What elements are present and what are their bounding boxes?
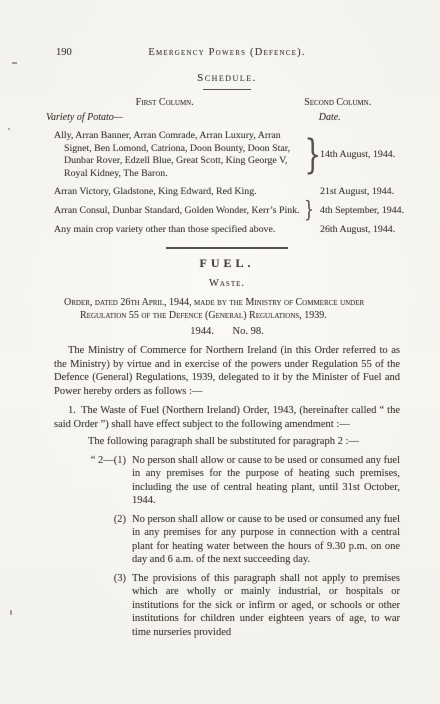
varieties-text: Arran Consul, Dunbar Standard, Golden Wo…	[54, 205, 302, 218]
preamble-paragraph: The Ministry of Commerce for Northern Ir…	[54, 344, 400, 398]
waste-subtitle: Waste.	[54, 277, 400, 291]
date-subheader: Date.	[267, 111, 392, 125]
varieties-text: Arran Victory, Gladstone, King Edward, R…	[54, 186, 302, 199]
table-row: Arran Victory, Gladstone, King Edward, R…	[54, 186, 400, 199]
article-1-paragraph: 1. The Waste of Fuel (Northern Ireland) …	[54, 404, 400, 431]
table-row: Arran Consul, Dunbar Standard, Golden Wo…	[54, 205, 400, 218]
table-subheaders: Variety of Potato— Date.	[54, 111, 400, 125]
section-rule	[166, 247, 288, 249]
schedule-table: Ally, Arran Banner, Arran Comrade, Arran…	[54, 130, 400, 236]
second-column-header: Second Column.	[275, 96, 400, 110]
running-head: Emergency Powers (Defence).	[54, 46, 400, 60]
varieties-text: Ally, Arran Banner, Arran Comrade, Arran…	[54, 130, 302, 180]
clause-text: No person shall allow or cause to be use…	[132, 454, 400, 508]
table-row: Ally, Arran Banner, Arran Comrade, Arran…	[54, 130, 400, 180]
order-caption: Order, dated 26th April, 1944, made by t…	[80, 296, 396, 322]
schedule-heading: Schedule.	[54, 72, 400, 86]
clause-item: (2) No person shall allow or cause to be…	[82, 513, 400, 567]
clause-label: (2)	[82, 513, 126, 567]
clause-label: “ 2—(1)	[82, 454, 126, 508]
heading-rule	[203, 89, 251, 91]
table-column-headers: First Column. Second Column.	[54, 96, 400, 110]
scan-artifact	[8, 128, 10, 130]
scan-artifact	[12, 62, 17, 64]
variety-subheader: Variety of Potato—	[46, 111, 267, 125]
order-year: 1944.	[190, 326, 214, 337]
clause-label: (3)	[82, 572, 126, 640]
page-number: 190	[56, 46, 72, 60]
table-row: Any main crop variety other than those s…	[54, 224, 400, 237]
date-text: 21st August, 1944.	[320, 186, 394, 199]
page-header: 190 Emergency Powers (Defence).	[54, 46, 400, 59]
order-number-line: 1944. No. 98.	[54, 325, 400, 339]
clause-text: The provisions of this paragraph shall n…	[132, 572, 400, 640]
clause-item: (3) The provisions of this paragraph sha…	[82, 572, 400, 640]
varieties-text: Any main crop variety other than those s…	[54, 224, 302, 237]
clause-text: No person shall allow or cause to be use…	[132, 513, 400, 567]
scanned-document-page: 190 Emergency Powers (Defence). Schedule…	[0, 0, 440, 704]
date-text: 4th September, 1944.	[320, 205, 404, 218]
substitution-intro: The following paragraph shall be substit…	[88, 435, 400, 449]
order-number: No. 98.	[233, 326, 264, 337]
first-column-header: First Column.	[54, 96, 275, 110]
date-text: 14th August, 1944.	[320, 149, 395, 162]
date-text: 26th August, 1944.	[320, 224, 395, 237]
clause-item: “ 2—(1) No person shall allow or cause t…	[82, 454, 400, 508]
fuel-section-title: FUEL.	[54, 257, 400, 271]
scan-artifact	[10, 610, 12, 615]
